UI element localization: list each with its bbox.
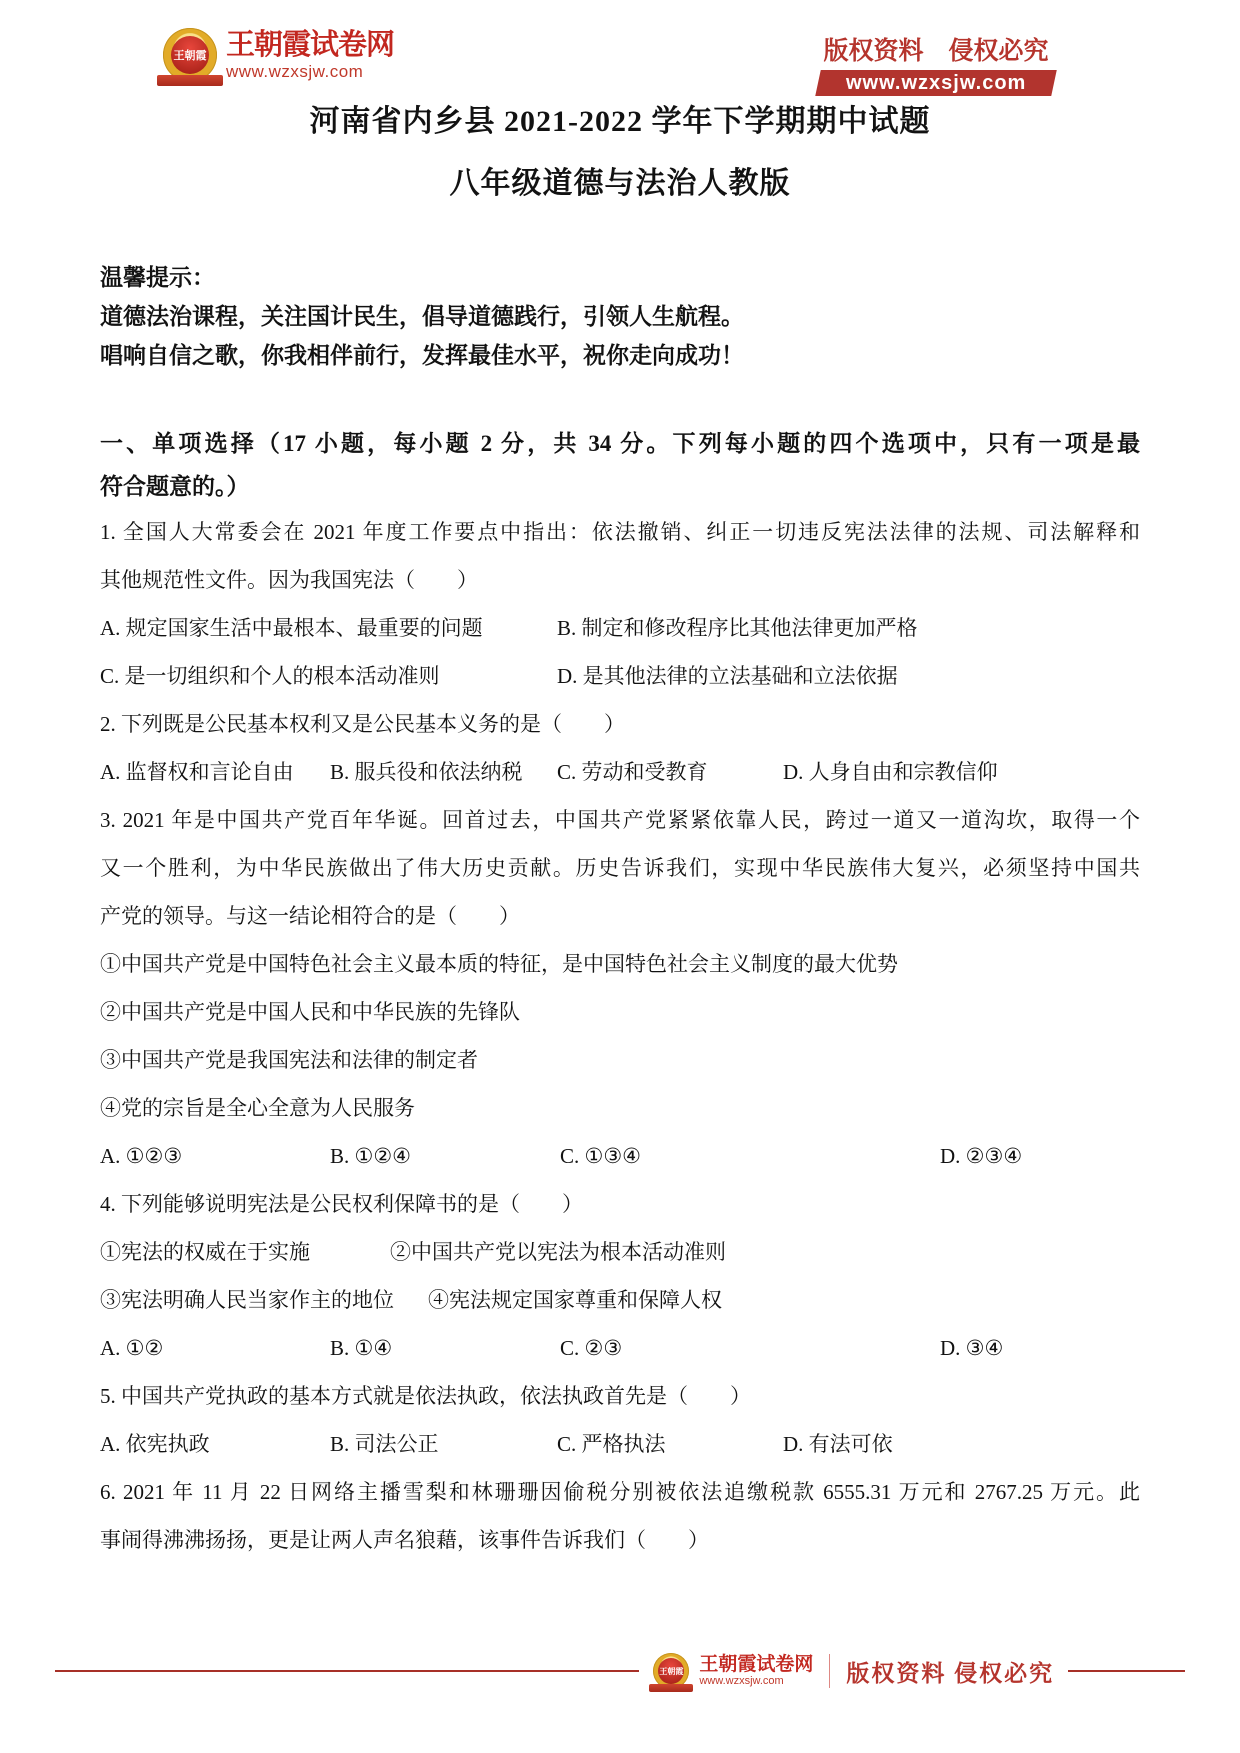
copyright-block: 版权资料 侵权必究 www.wzxsjw.com: [818, 38, 1054, 96]
footer-divider: [829, 1654, 830, 1688]
site-logo-badge-icon: 王朝霞: [163, 28, 217, 82]
option-row: A. ①② B. ①④ C. ②③ D. ③④: [100, 1324, 1140, 1372]
question-stem: 产党的领导。与这一结论相符合的是（ ）: [100, 892, 1140, 940]
site-url: www.wzxsjw.com: [226, 62, 394, 82]
question-list: 1. 全国人大常委会在 2021 年度工作要点中指出：依法撤销、纠正一切违反宪法…: [100, 508, 1140, 1564]
question-stem: 6. 2021 年 11 月 22 日网络主播雪梨和林珊珊因偷税分别被依法追缴税…: [100, 1468, 1140, 1516]
option-c: C. 是一切组织和个人的根本活动准则: [100, 652, 557, 700]
copyright-url: www.wzxsjw.com: [846, 71, 1026, 95]
question-6: 6. 2021 年 11 月 22 日网络主播雪梨和林珊珊因偷税分别被依法追缴税…: [100, 1468, 1140, 1564]
copyright-slogan: 版权资料 侵权必究: [818, 38, 1054, 66]
statement-item: ①宪法的权威在于实施: [100, 1228, 390, 1276]
question-stem: 2. 下列既是公民基本权利又是公民基本义务的是（ ）: [100, 700, 1140, 748]
question-stem: 其他规范性文件。因为我国宪法（ ）: [100, 556, 1140, 604]
question-stem: 4. 下列能够说明宪法是公民权利保障书的是（ ）: [100, 1180, 1140, 1228]
option-b: B. 制定和修改程序比其他法律更加严格: [557, 604, 1140, 652]
option-c: C. ②③: [560, 1324, 940, 1372]
question-2: 2. 下列既是公民基本权利又是公民基本义务的是（ ） A. 监督权和言论自由 B…: [100, 700, 1140, 796]
option-row: A. 规定国家生活中最根本、最重要的问题 B. 制定和修改程序比其他法律更加严格: [100, 604, 1140, 652]
tips-block: 温馨提示： 道德法治课程，关注国计民生，倡导道德践行，引领人生航程。 唱响自信之…: [100, 258, 1140, 375]
section-heading-line: 符合题意的。）: [100, 465, 1140, 508]
option-b: B. 司法公正: [330, 1420, 557, 1468]
option-d: D. 有法可依: [783, 1420, 1140, 1468]
copyright-url-banner: www.wzxsjw.com: [815, 70, 1057, 96]
question-stem: 5. 中国共产党执政的基本方式就是依法执政，依法执政首先是（ ）: [100, 1372, 1140, 1420]
tips-line: 唱响自信之歌，你我相伴前行，发挥最佳水平，祝你走向成功！: [100, 336, 1140, 375]
statement-item: ④宪法规定国家尊重和保障人权: [428, 1276, 1140, 1324]
section-heading-line: 一、单项选择（17 小题，每小题 2 分，共 34 分。下列每小题的四个选项中，…: [100, 422, 1140, 465]
site-logo-badge-icon: 王朝霞: [653, 1653, 689, 1689]
badge-text: 王朝霞: [659, 1666, 683, 1677]
badge-ribbon-icon: [649, 1684, 693, 1692]
option-b: B. 服兵役和依法纳税: [330, 748, 557, 796]
question-5: 5. 中国共产党执政的基本方式就是依法执政，依法执政首先是（ ） A. 依宪执政…: [100, 1372, 1140, 1468]
footer-logo-text: 王朝霞试卷网 www.wzxsjw.com: [699, 1654, 813, 1688]
exam-subtitle: 八年级道德与法治人教版: [100, 166, 1140, 202]
option-a: A. 依宪执政: [100, 1420, 330, 1468]
option-row: A. ①②③ B. ①②④ C. ①③④ D. ②③④: [100, 1132, 1140, 1180]
option-c: C. ①③④: [560, 1132, 940, 1180]
option-a: A. ①②: [100, 1324, 330, 1372]
exam-page: 王朝霞 王朝霞试卷网 www.wzxsjw.com 版权资料 侵权必究 www.…: [0, 0, 1240, 1753]
tips-line: 道德法治课程，关注国计民生，倡导道德践行，引领人生航程。: [100, 297, 1140, 336]
question-4: 4. 下列能够说明宪法是公民权利保障书的是（ ） ①宪法的权威在于实施 ②中国共…: [100, 1180, 1140, 1372]
option-b: B. ①②④: [330, 1132, 560, 1180]
option-row: C. 是一切组织和个人的根本活动准则 D. 是其他法律的立法基础和立法依据: [100, 652, 1140, 700]
statement-item: ④党的宗旨是全心全意为人民服务: [100, 1084, 1140, 1132]
page-footer: 王朝霞 王朝霞试卷网 www.wzxsjw.com 版权资料 侵权必究: [0, 1645, 1240, 1697]
option-d: D. 是其他法律的立法基础和立法依据: [557, 652, 1140, 700]
site-logo-text: 王朝霞试卷网 www.wzxsjw.com: [226, 28, 394, 82]
option-row: A. 监督权和言论自由 B. 服兵役和依法纳税 C. 劳动和受教育 D. 人身自…: [100, 748, 1140, 796]
option-a: A. 规定国家生活中最根本、最重要的问题: [100, 604, 557, 652]
statement-item: ②中国共产党是中国人民和中华民族的先锋队: [100, 988, 1140, 1036]
footer-rule-left: [55, 1670, 639, 1672]
badge-ribbon-icon: [157, 75, 223, 86]
site-name: 王朝霞试卷网: [226, 28, 394, 62]
question-stem: 事闹得沸沸扬扬，更是让两人声名狼藉，该事件告诉我们（ ）: [100, 1516, 1140, 1564]
site-logo: 王朝霞 王朝霞试卷网 www.wzxsjw.com: [163, 28, 394, 82]
option-a: A. 监督权和言论自由: [100, 748, 330, 796]
option-row: A. 依宪执政 B. 司法公正 C. 严格执法 D. 有法可依: [100, 1420, 1140, 1468]
statement-item: ③宪法明确人民当家作主的地位: [100, 1276, 428, 1324]
tips-heading: 温馨提示：: [100, 258, 1140, 297]
question-stem: 1. 全国人大常委会在 2021 年度工作要点中指出：依法撤销、纠正一切违反宪法…: [100, 508, 1140, 556]
footer-brand: 王朝霞 王朝霞试卷网 www.wzxsjw.com 版权资料 侵权必究: [653, 1653, 1054, 1689]
statement-item: ②中国共产党以宪法为根本活动准则: [390, 1228, 1140, 1276]
question-3: 3. 2021 年是中国共产党百年华诞。回首过去，中国共产党紧紧依靠人民，跨过一…: [100, 796, 1140, 1180]
option-d: D. ②③④: [940, 1132, 1140, 1180]
option-d: D. 人身自由和宗教信仰: [783, 748, 1140, 796]
section-heading: 一、单项选择（17 小题，每小题 2 分，共 34 分。下列每小题的四个选项中，…: [100, 422, 1140, 508]
statement-item: ①中国共产党是中国特色社会主义最本质的特征，是中国特色社会主义制度的最大优势: [100, 940, 1140, 988]
footer-rule-right: [1068, 1670, 1185, 1672]
option-c: C. 严格执法: [557, 1420, 783, 1468]
statement-row: ③宪法明确人民当家作主的地位 ④宪法规定国家尊重和保障人权: [100, 1276, 1140, 1324]
statement-item: ③中国共产党是我国宪法和法律的制定者: [100, 1036, 1140, 1084]
statement-row: ①宪法的权威在于实施 ②中国共产党以宪法为根本活动准则: [100, 1228, 1140, 1276]
question-stem: 又一个胜利，为中华民族做出了伟大历史贡献。历史告诉我们，实现中华民族伟大复兴，必…: [100, 844, 1140, 892]
option-b: B. ①④: [330, 1324, 560, 1372]
question-1: 1. 全国人大常委会在 2021 年度工作要点中指出：依法撤销、纠正一切违反宪法…: [100, 508, 1140, 700]
footer-slogan: 版权资料 侵权必究: [846, 1655, 1054, 1688]
question-stem: 3. 2021 年是中国共产党百年华诞。回首过去，中国共产党紧紧依靠人民，跨过一…: [100, 796, 1140, 844]
option-a: A. ①②③: [100, 1132, 330, 1180]
exam-content: 河南省内乡县 2021-2022 学年下学期期中试题 八年级道德与法治人教版 温…: [0, 0, 1240, 1564]
option-d: D. ③④: [940, 1324, 1140, 1372]
site-url: www.wzxsjw.com: [699, 1675, 813, 1688]
badge-text: 王朝霞: [174, 47, 207, 63]
option-c: C. 劳动和受教育: [557, 748, 783, 796]
site-name: 王朝霞试卷网: [699, 1654, 813, 1675]
